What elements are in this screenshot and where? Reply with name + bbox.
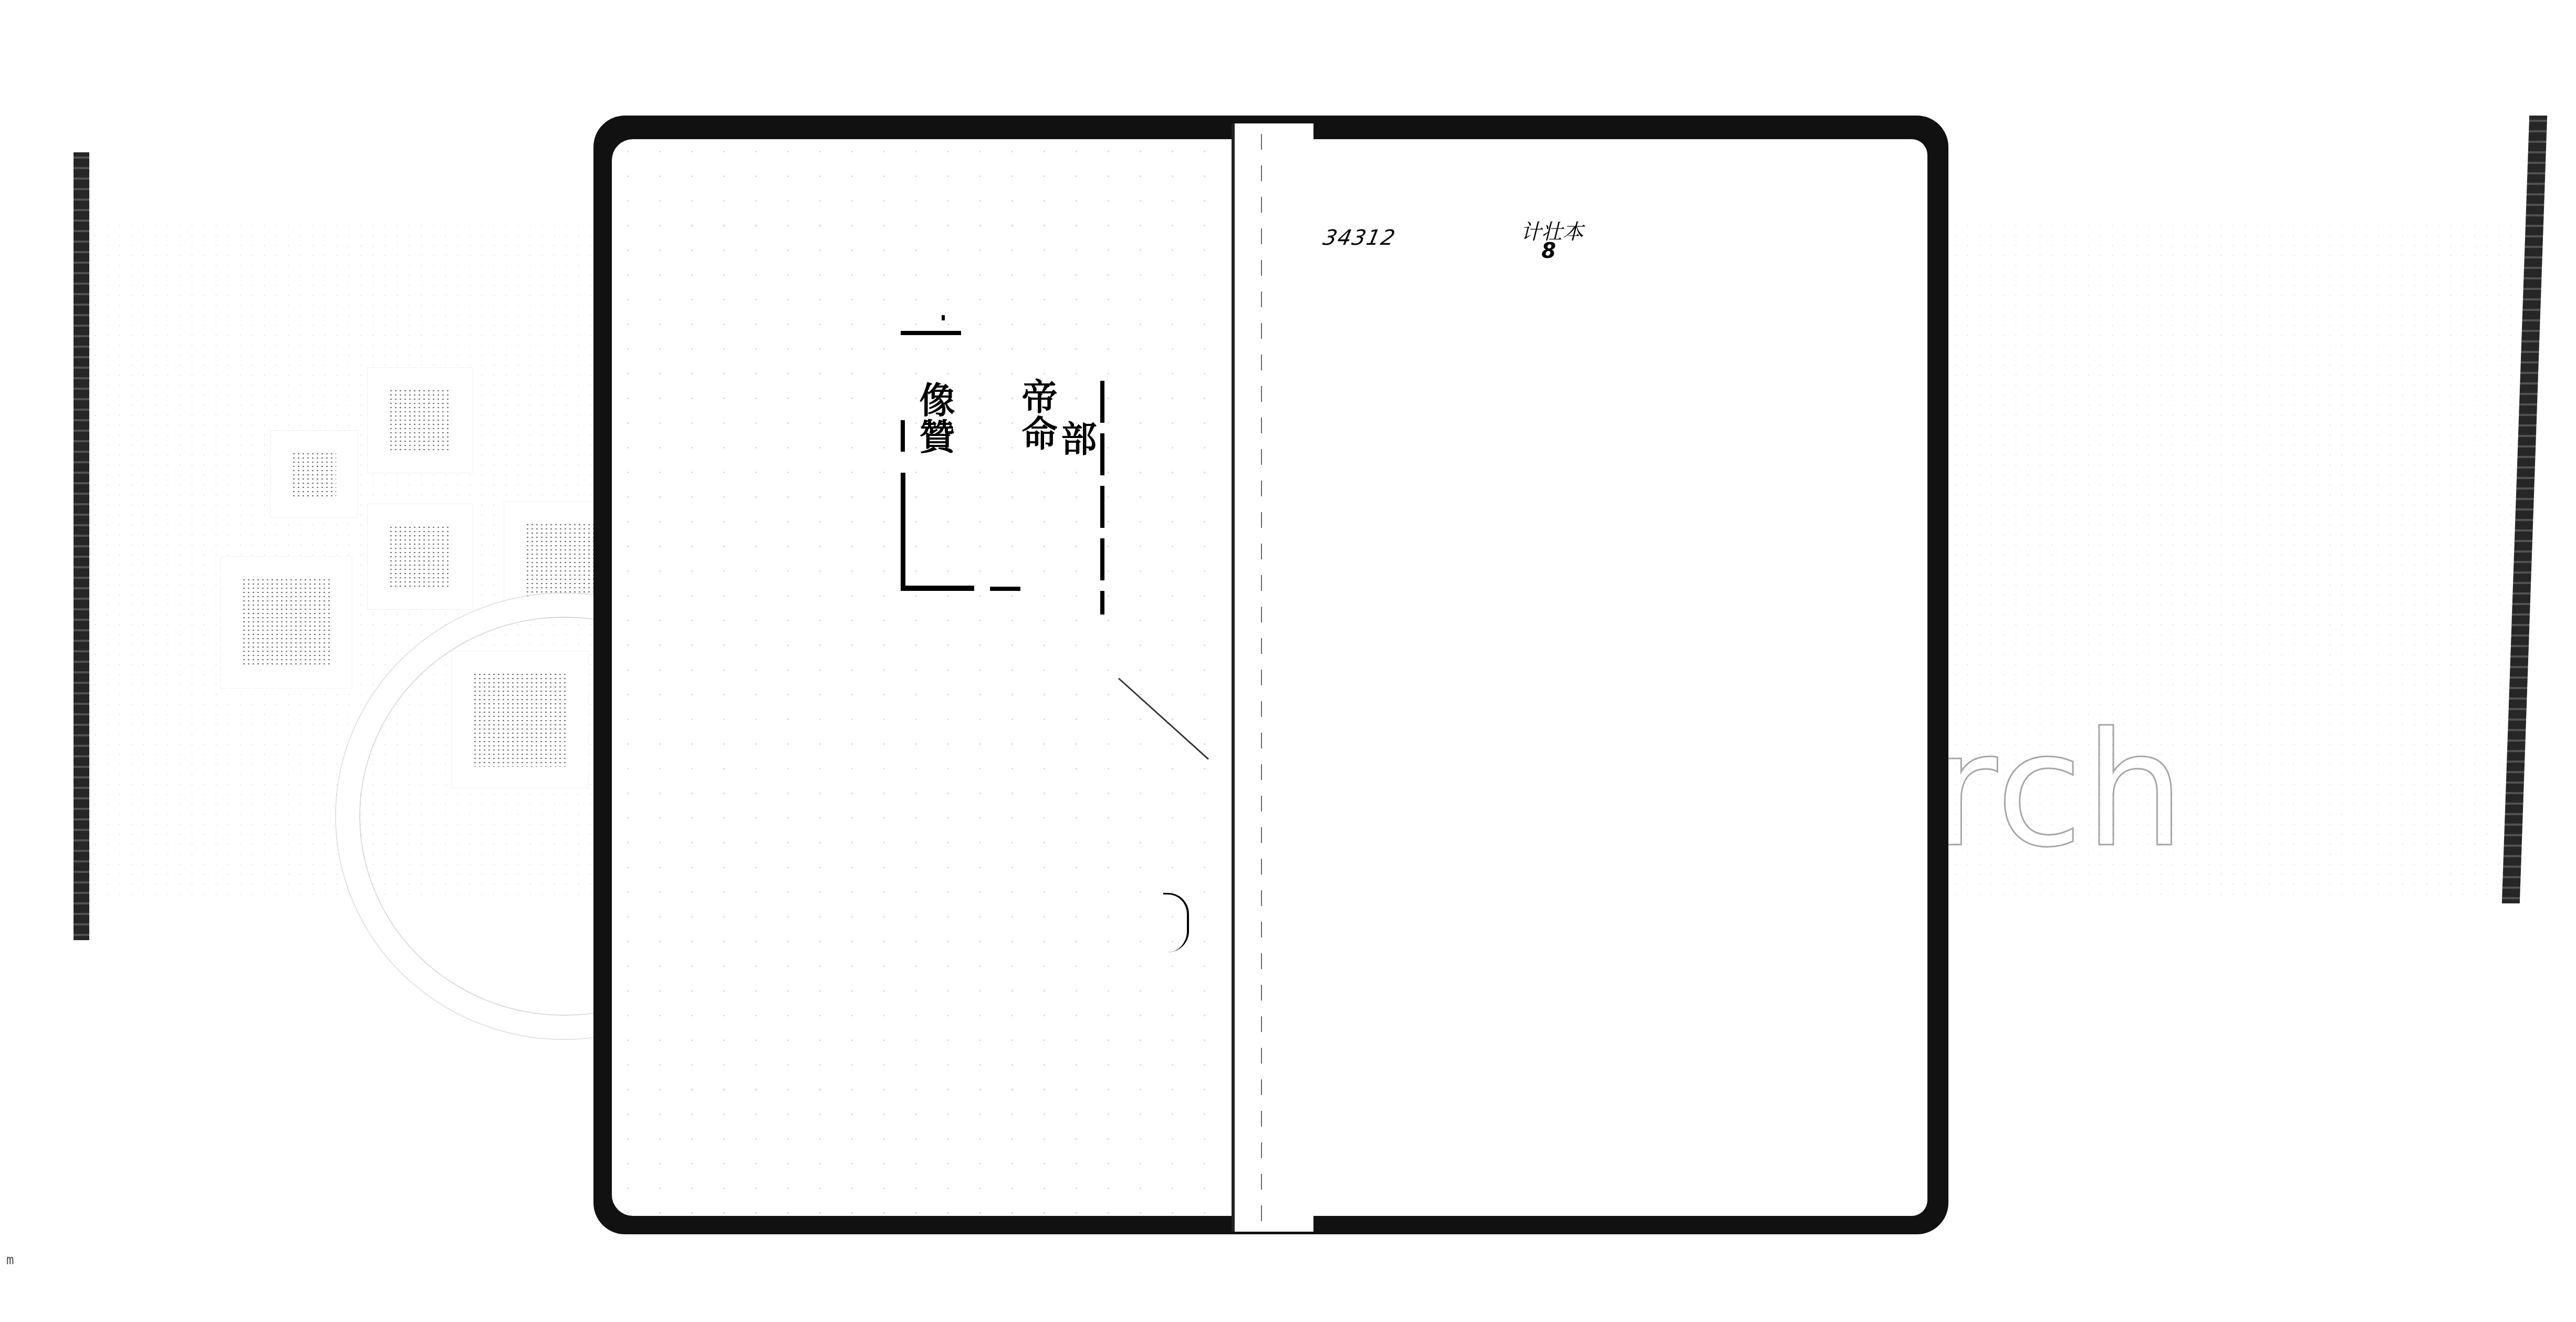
label-border xyxy=(1100,381,1104,615)
shelf-subnumber: 8 xyxy=(1541,239,1556,263)
watermark-logo-square xyxy=(270,431,357,517)
label-border xyxy=(901,586,974,591)
watermark-logo-square xyxy=(368,368,473,473)
inside-page xyxy=(1310,139,1927,1216)
label-border xyxy=(901,331,961,335)
corner-mark: m xyxy=(6,1253,14,1267)
label-border xyxy=(901,473,905,588)
scanner-edge-left xyxy=(74,152,89,940)
title-column: 帝命 xyxy=(1019,378,1055,452)
label-border xyxy=(942,315,945,320)
watermark-text: rch xyxy=(1933,699,2187,882)
scan-canvas: rch 部 帝命 像贊 34312 计壮本 8 m xyxy=(0,0,2576,1322)
catalog-number: 34312 xyxy=(1321,226,1398,250)
label-border xyxy=(901,420,905,452)
book-spine xyxy=(1232,123,1318,1232)
cover-tear xyxy=(1163,893,1189,952)
front-cover xyxy=(612,139,1237,1216)
watermark-logo-square xyxy=(368,504,473,609)
title-label: 部 帝命 像贊 xyxy=(901,331,1100,594)
watermark-logo-square xyxy=(221,557,352,688)
title-column: 部 xyxy=(1058,420,1094,457)
title-column: 像贊 xyxy=(916,381,952,455)
label-border xyxy=(990,587,1020,591)
